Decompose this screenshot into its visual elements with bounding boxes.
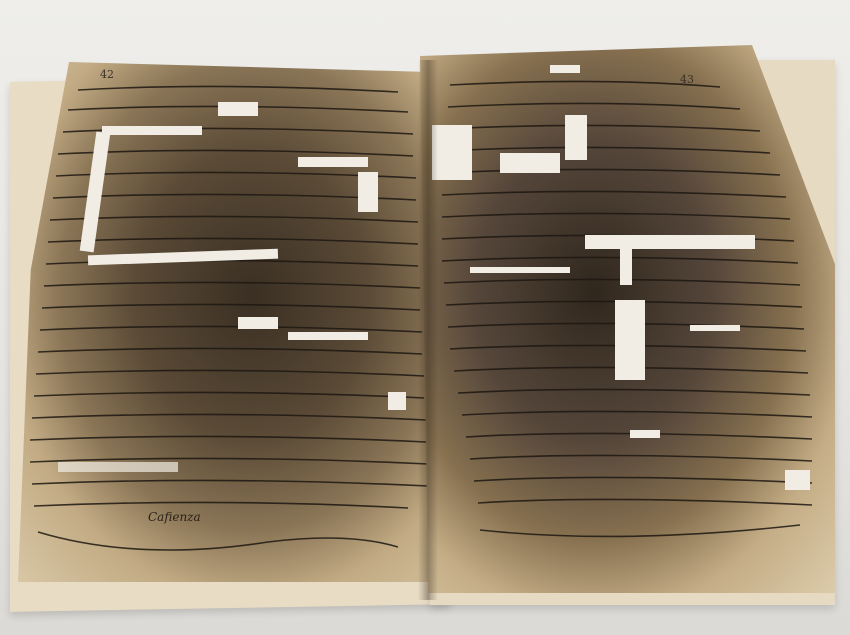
right-page: 43 bbox=[420, 45, 835, 593]
paper-loss bbox=[630, 430, 660, 438]
paper-loss bbox=[470, 267, 570, 273]
paper-loss bbox=[358, 172, 378, 212]
handwriting-lines bbox=[18, 62, 443, 582]
left-page: 42 Cafienza bbox=[18, 62, 443, 582]
paper-loss bbox=[102, 126, 202, 135]
paper-loss bbox=[500, 153, 560, 173]
page-number: 43 bbox=[680, 73, 694, 86]
paper-loss bbox=[585, 235, 755, 249]
paper-loss bbox=[218, 102, 258, 116]
paper-loss bbox=[298, 157, 368, 167]
paper-loss bbox=[288, 332, 368, 340]
paper-loss bbox=[432, 125, 472, 180]
paper-loss bbox=[690, 325, 740, 331]
paper-loss bbox=[565, 115, 587, 160]
book-gutter bbox=[418, 60, 438, 600]
paper-loss bbox=[785, 470, 810, 490]
paper-loss bbox=[58, 462, 178, 472]
page-number: 42 bbox=[100, 68, 114, 81]
paper-loss bbox=[388, 392, 406, 410]
paper-loss bbox=[620, 245, 632, 285]
paper-loss bbox=[615, 300, 645, 380]
paper-loss bbox=[550, 65, 580, 73]
paper-loss bbox=[238, 317, 278, 329]
legible-word: Cafienza bbox=[148, 510, 201, 524]
